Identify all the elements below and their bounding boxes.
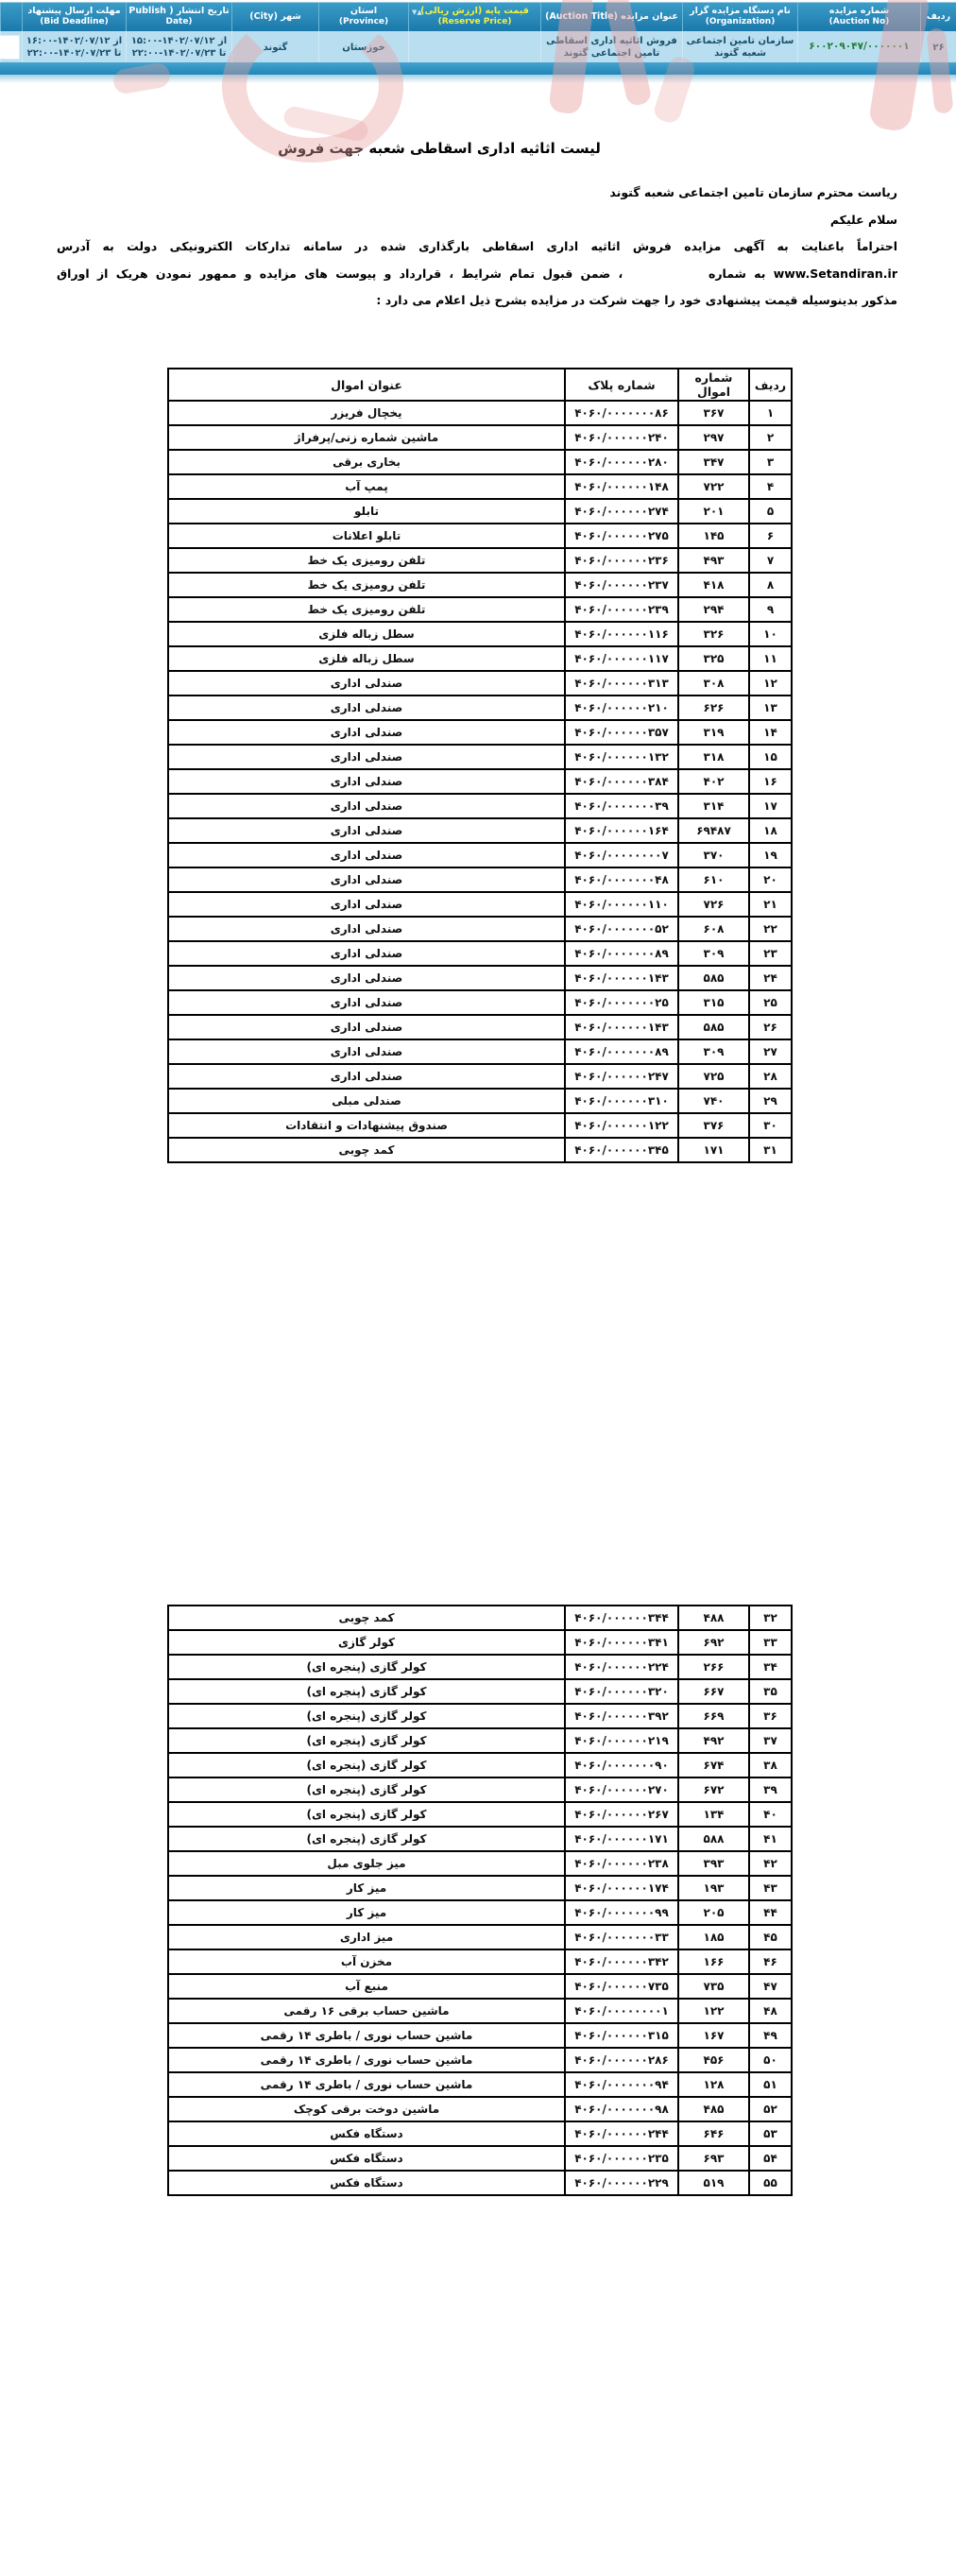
item-row-number: ۱۶ [749,769,792,794]
item-title: تابلو [168,499,565,524]
header-label-en: (Organization) [706,17,776,27]
auction-info-grid: ردیف ۲۶ شماره مزایده (Auction No) ۶۰۰۲۰۹… [0,2,956,63]
letter-line-body-1: احتراماً باعنایت به آگهی مزایده فروش اثا… [57,239,897,253]
item-plaque-number: ۴۰۶۰/۰۰۰۰۰۰۱۳۲ [565,745,678,769]
item-row-number: ۹ [749,597,792,622]
item-plaque-number: ۴۰۶۰/۰۰۰۰۰۰۲۲۴ [565,1655,678,1679]
item-title: تلفن رومیزی یک خط [168,548,565,573]
item-asset-number: ۱۸۵ [678,1925,749,1949]
item-plaque-number: ۴۰۶۰/۰۰۰۰۰۰۳۱۳ [565,671,678,696]
item-asset-number: ۳۷۶ [678,1113,749,1138]
item-title: صندلی اداری [168,1039,565,1064]
item-asset-number: ۳۱۵ [678,990,749,1015]
header-publish-date: تاریخ انتشار ( Publish (Date [126,3,231,31]
item-title: سطل زباله فلزی [168,646,565,671]
item-row: ۱۹۳۷۰۴۰۶۰/۰۰۰۰۰۰۰۰۷صندلی اداری [168,843,792,867]
item-asset-number: ۱۴۵ [678,524,749,548]
item-asset-number: ۳۶۷ [678,401,749,425]
item-plaque-number: ۴۰۶۰/۰۰۰۰۰۰۰۵۲ [565,917,678,941]
item-plaque-number: ۴۰۶۰/۰۰۰۰۰۰۲۸۰ [565,450,678,474]
item-title: ماشین حساب برقی ۱۶ رقمی [168,1999,565,2023]
item-title: صندلی اداری [168,720,565,745]
item-row: ۲۸۷۲۵۴۰۶۰/۰۰۰۰۰۰۲۴۷صندلی اداری [168,1064,792,1089]
item-title: کولر گازی (پنجره ای) [168,1704,565,1728]
item-row: ۵۵۵۱۹۴۰۶۰/۰۰۰۰۰۰۲۲۹دستگاه فکس [168,2171,792,2195]
item-row: ۲۲۶۰۸۴۰۶۰/۰۰۰۰۰۰۰۵۲صندلی اداری [168,917,792,941]
item-title: منبع آب [168,1974,565,1999]
item-row-number: ۱۸ [749,818,792,843]
item-title: کولر گازی (پنجره ای) [168,1777,565,1802]
item-title: یخچال فریزر [168,401,565,425]
item-row-number: ۱ [749,401,792,425]
item-plaque-number: ۴۰۶۰/۰۰۰۰۰۰۰۹۸ [565,2097,678,2121]
item-row: ۵۱۱۲۸۴۰۶۰/۰۰۰۰۰۰۰۹۴ماشین حساب نوری / باط… [168,2072,792,2097]
header-label: نام دستگاه مزایده گزار [690,6,791,17]
item-asset-number: ۵۸۵ [678,966,749,990]
item-plaque-number: ۴۰۶۰/۰۰۰۰۰۰۲۸۶ [565,2048,678,2072]
item-title: مخزن آب [168,1949,565,1974]
header-auction-no: شماره مزایده (Auction No) [797,3,920,31]
item-row: ۲۵۳۱۵۴۰۶۰/۰۰۰۰۰۰۰۲۵صندلی اداری [168,990,792,1015]
item-asset-number: ۲۶۶ [678,1655,749,1679]
item-plaque-number: ۴۰۶۰/۰۰۰۰۰۰۳۴۲ [565,1949,678,1974]
items-table-block2: ۳۲۴۸۸۴۰۶۰/۰۰۰۰۰۰۳۴۴کمد چوبی۳۳۶۹۲۴۰۶۰/۰۰۰… [167,1605,793,2196]
item-asset-number: ۷۲۵ [678,1064,749,1089]
column-province: استان (Province) خوزستان [318,3,408,63]
column-publish-date: تاریخ انتشار ( Publish (Date از ۱۴۰۲/۰۷/… [126,3,231,63]
item-row: ۱۱۳۲۵۴۰۶۰/۰۰۰۰۰۰۱۱۷سطل زباله فلزی [168,646,792,671]
column-auction-no: شماره مزایده (Auction No) ۶۰۰۲۰۹۰۴۷/۰۰۰۰… [797,3,920,63]
item-row: ۱۶۴۰۲۴۰۶۰/۰۰۰۰۰۰۳۸۴صندلی اداری [168,769,792,794]
letter-line-body-3: مذکور بدینوسیله قیمت پیشنهادی خود را جهت… [57,293,897,307]
item-plaque-number: ۴۰۶۰/۰۰۰۰۰۰۰۳۹ [565,794,678,818]
item-asset-number: ۶۷۴ [678,1753,749,1777]
cell-organization: سازمان تامین اجتماعی شعبه گتوند [682,31,797,63]
item-asset-number: ۴۱۸ [678,573,749,597]
item-row-number: ۴۶ [749,1949,792,1974]
item-row: ۳۶۶۶۹۴۰۶۰/۰۰۰۰۰۰۳۹۲کولر گازی (پنجره ای) [168,1704,792,1728]
header-province: استان (Province) [318,3,408,31]
item-plaque-number: ۴۰۶۰/۰۰۰۰۰۰۲۷۵ [565,524,678,548]
item-plaque-number: ۴۰۶۰/۰۰۰۰۰۰۲۳۹ [565,597,678,622]
header-label-en: (Province) [339,17,388,27]
item-plaque-number: ۴۰۶۰/۰۰۰۰۰۰۱۷۴ [565,1876,678,1900]
item-title: میز کار [168,1900,565,1925]
item-asset-number: ۲۰۱ [678,499,749,524]
header-row-number: ردیف [920,3,956,31]
item-row-number: ۴۸ [749,1999,792,2023]
sort-icon[interactable]: ▲▼ [412,10,422,16]
item-row-number: ۲ [749,425,792,450]
items-header-plaque-number: شماره پلاک [565,369,678,401]
item-asset-number: ۵۱۹ [678,2171,749,2195]
item-asset-number: ۶۲۶ [678,696,749,720]
item-row-number: ۵۴ [749,2146,792,2171]
letter-line-greeting: سلام علیکم [57,213,897,227]
item-row: ۱۰۳۲۶۴۰۶۰/۰۰۰۰۰۰۱۱۶سطل زباله فلزی [168,622,792,646]
item-plaque-number: ۴۰۶۰/۰۰۰۰۰۰۲۶۷ [565,1802,678,1827]
item-plaque-number: ۴۰۶۰/۰۰۰۰۰۰۲۷۰ [565,1777,678,1802]
item-row-number: ۱۰ [749,622,792,646]
item-row-number: ۴۲ [749,1851,792,1876]
cell-publish-date: از ۱۴۰۲/۰۷/۱۲-۱۵:۰۰ تا ۱۴۰۲/۰۷/۲۳-۲۲:۰۰ [126,31,231,63]
header-organization: نام دستگاه مزایده گزار (Organization) [682,3,797,31]
header-label: شهر (City) [249,11,301,23]
item-plaque-number: ۴۰۶۰/۰۰۰۰۰۰۲۴۰ [565,425,678,450]
item-row-number: ۳۵ [749,1679,792,1704]
item-plaque-number: ۴۰۶۰/۰۰۰۰۰۰۳۴۴ [565,1606,678,1630]
item-row-number: ۵۰ [749,2048,792,2072]
item-row-number: ۸ [749,573,792,597]
header-label: شماره مزایده [829,6,889,17]
header-label-en: (Auction No) [829,17,890,27]
header-label-en: (Bid Deadline) [40,17,109,27]
header-label: عنوان مزایده (Auction Title) [545,11,678,23]
item-plaque-number: ۴۰۶۰/۰۰۰۰۰۰۱۶۴ [565,818,678,843]
items-body-1: ۱۳۶۷۴۰۶۰/۰۰۰۰۰۰۰۸۶یخچال فریزر۲۲۹۷۴۰۶۰/۰۰… [168,401,792,1162]
item-row: ۸۴۱۸۴۰۶۰/۰۰۰۰۰۰۲۳۷تلفن رومیزی یک خط [168,573,792,597]
item-plaque-number: ۴۰۶۰/۰۰۰۰۰۰۱۷۱ [565,1827,678,1851]
item-row-number: ۴۳ [749,1876,792,1900]
item-row-number: ۳۰ [749,1113,792,1138]
item-title: ماشین حساب نوری / باطری ۱۴ رقمی [168,2072,565,2097]
header-label: استان [350,6,377,17]
item-asset-number: ۶۹۳ [678,2146,749,2171]
item-row-number: ۱۲ [749,671,792,696]
item-title: صندلی اداری [168,941,565,966]
item-title: کولر گازی (پنجره ای) [168,1728,565,1753]
column-auction-title: عنوان مزایده (Auction Title) فروش اثاثیه… [540,3,682,63]
item-row: ۲۴۵۸۵۴۰۶۰/۰۰۰۰۰۰۱۴۳صندلی اداری [168,966,792,990]
item-plaque-number: ۴۰۶۰/۰۰۰۰۰۰۰۹۹ [565,1900,678,1925]
item-row-number: ۳۶ [749,1704,792,1728]
item-row-number: ۱۴ [749,720,792,745]
item-asset-number: ۱۶۶ [678,1949,749,1974]
item-title: کولر گازی (پنجره ای) [168,1679,565,1704]
item-plaque-number: ۴۰۶۰/۰۰۰۰۰۰۱۴۳ [565,966,678,990]
item-row-number: ۴۱ [749,1827,792,1851]
deadline-to: تا ۱۴۰۲/۰۷/۲۳-۲۲:۰۰ [27,47,122,60]
item-row-number: ۴۵ [749,1925,792,1949]
item-row: ۲۳۳۰۹۴۰۶۰/۰۰۰۰۰۰۰۸۹صندلی اداری [168,941,792,966]
letter-body: ریاست محترم سازمان تامین اجتماعی شعبه گت… [57,185,897,320]
column-bid-deadline: مهلت ارسال پیشنهاد (Bid Deadline) از ۱۴۰… [22,3,126,63]
item-title: کولر گازی (پنجره ای) [168,1802,565,1827]
item-asset-number: ۳۷۰ [678,843,749,867]
item-plaque-number: ۴۰۶۰/۰۰۰۰۰۰۳۵۷ [565,720,678,745]
item-row-number: ۴۴ [749,1900,792,1925]
item-asset-number: ۴۹۲ [678,1728,749,1753]
item-title: صندلی اداری [168,818,565,843]
empty-box [0,35,20,60]
item-asset-number: ۳۰۹ [678,1039,749,1064]
header-label-en: (Date [165,17,192,27]
item-asset-number: ۷۴۰ [678,1089,749,1113]
item-row: ۴۹۱۶۷۴۰۶۰/۰۰۰۰۰۰۳۱۵ماشین حساب نوری / باط… [168,2023,792,2048]
item-plaque-number: ۴۰۶۰/۰۰۰۰۰۰۲۴۴ [565,2121,678,2146]
item-plaque-number: ۴۰۶۰/۰۰۰۰۰۰۳۴۵ [565,1138,678,1162]
item-title: صندلی اداری [168,1015,565,1039]
item-asset-number: ۴۹۳ [678,548,749,573]
item-plaque-number: ۴۰۶۰/۰۰۰۰۰۰۰۳۳ [565,1925,678,1949]
item-title: دستگاه فکس [168,2171,565,2195]
items-header-title: عنوان اموال [168,369,565,401]
item-asset-number: ۱۶۷ [678,2023,749,2048]
item-title: تلفن رومیزی یک خط [168,573,565,597]
item-title: کولر گازی [168,1630,565,1655]
item-title: دستگاه فکس [168,2121,565,2146]
item-row-number: ۵ [749,499,792,524]
item-asset-number: ۵۸۵ [678,1015,749,1039]
item-title: کولر گازی (پنجره ای) [168,1655,565,1679]
item-asset-number: ۳۰۹ [678,941,749,966]
item-asset-number: ۲۹۷ [678,425,749,450]
item-row: ۷۴۹۳۴۰۶۰/۰۰۰۰۰۰۲۳۶تلفن رومیزی یک خط [168,548,792,573]
item-row: ۴۰۱۳۴۴۰۶۰/۰۰۰۰۰۰۲۶۷کولر گازی (پنجره ای) [168,1802,792,1827]
item-title: بخاری برقی [168,450,565,474]
item-title: کولر گازی (پنجره ای) [168,1753,565,1777]
item-title: ماشین حساب نوری / باطری ۱۴ رقمی [168,2048,565,2072]
item-row: ۱۳۶۷۴۰۶۰/۰۰۰۰۰۰۰۸۶یخچال فریزر [168,401,792,425]
cell-city: گتوند [231,31,318,63]
item-row: ۱۳۶۲۶۴۰۶۰/۰۰۰۰۰۰۲۱۰صندلی اداری [168,696,792,720]
item-row: ۵۳۶۴۶۴۰۶۰/۰۰۰۰۰۰۲۴۴دستگاه فکس [168,2121,792,2146]
item-plaque-number: ۴۰۶۰/۰۰۰۰۰۰۲۲۹ [565,2171,678,2195]
item-row-number: ۲۵ [749,990,792,1015]
item-plaque-number: ۴۰۶۰/۰۰۰۰۰۰۰۲۵ [565,990,678,1015]
item-row-number: ۳۱ [749,1138,792,1162]
header-label: مهلت ارسال پیشنهاد [27,6,120,17]
cell-auction-no: ۶۰۰۲۰۹۰۴۷/۰۰۰۰۰۰۱ [797,31,920,63]
header-auction-title: عنوان مزایده (Auction Title) [540,3,682,31]
item-row-number: ۳۷ [749,1728,792,1753]
item-asset-number: ۶۴۶ [678,2121,749,2146]
column-cutoff [0,3,22,63]
item-plaque-number: ۴۰۶۰/۰۰۰۰۰۰۱۱۶ [565,622,678,646]
header-label: قیمت پایه (ارزش ریالی) [420,6,529,17]
column-reserve-price: ▲▼ قیمت پایه (ارزش ریالی) (Reserve Price… [408,3,540,63]
item-plaque-number: ۴۰۶۰/۰۰۰۰۰۰۰۸۹ [565,1039,678,1064]
item-row: ۳۹۶۷۲۴۰۶۰/۰۰۰۰۰۰۲۷۰کولر گازی (پنجره ای) [168,1777,792,1802]
item-plaque-number: ۴۰۶۰/۰۰۰۰۰۰۰۸۹ [565,941,678,966]
item-plaque-number: ۴۰۶۰/۰۰۰۰۰۰۰۴۸ [565,867,678,892]
item-title: صندلی اداری [168,745,565,769]
item-plaque-number: ۴۰۶۰/۰۰۰۰۰۰۳۸۴ [565,769,678,794]
item-plaque-number: ۴۰۶۰/۰۰۰۰۰۰۱۴۳ [565,1015,678,1039]
item-row-number: ۲۸ [749,1064,792,1089]
header-bid-deadline: مهلت ارسال پیشنهاد (Bid Deadline) [22,3,126,31]
item-row: ۵۲۴۸۵۴۰۶۰/۰۰۰۰۰۰۰۹۸ماشین دوخت برقی کوچک [168,2097,792,2121]
publish-from: از ۱۴۰۲/۰۷/۱۲-۱۵:۰۰ [131,35,227,47]
item-plaque-number: ۴۰۶۰/۰۰۰۰۰۰۱۲۲ [565,1113,678,1138]
item-row-number: ۵۳ [749,2121,792,2146]
item-row-number: ۴۹ [749,2023,792,2048]
item-row: ۲۱۷۲۶۴۰۶۰/۰۰۰۰۰۰۱۱۰صندلی اداری [168,892,792,917]
item-plaque-number: ۴۰۶۰/۰۰۰۰۰۰۲۳۵ [565,2146,678,2171]
item-title: تابلو اعلانات [168,524,565,548]
item-title: کولر گازی (پنجره ای) [168,1827,565,1851]
item-asset-number: ۲۹۴ [678,597,749,622]
item-title: ماشین شماره زنی/پرفراژ [168,425,565,450]
item-asset-number: ۶۱۰ [678,867,749,892]
column-city: شهر (City) گتوند [231,3,318,63]
item-row-number: ۴۰ [749,1802,792,1827]
item-title: صندلی اداری [168,671,565,696]
item-row-number: ۲۲ [749,917,792,941]
item-plaque-number: ۴۰۶۰/۰۰۰۰۰۰۲۴۷ [565,1064,678,1089]
item-title: میز کار [168,1876,565,1900]
item-title: صندلی اداری [168,966,565,990]
item-row-number: ۴۷ [749,1974,792,1999]
item-row: ۴۱۵۸۸۴۰۶۰/۰۰۰۰۰۰۱۷۱کولر گازی (پنجره ای) [168,1827,792,1851]
item-title: صندلی اداری [168,892,565,917]
item-plaque-number: ۴۰۶۰/۰۰۰۰۰۰۳۱۰ [565,1089,678,1113]
item-asset-number: ۳۲۵ [678,646,749,671]
item-title: صندلی مبلی [168,1089,565,1113]
item-row-number: ۶ [749,524,792,548]
item-row: ۳۲۴۸۸۴۰۶۰/۰۰۰۰۰۰۳۴۴کمد چوبی [168,1606,792,1630]
item-asset-number: ۶۶۹ [678,1704,749,1728]
deadline-from: از ۱۴۰۲/۰۷/۱۲-۱۶:۰۰ [26,35,122,47]
item-asset-number: ۱۳۴ [678,1802,749,1827]
item-row: ۴۲۳۹۳۴۰۶۰/۰۰۰۰۰۰۲۳۸میز جلوی مبل [168,1851,792,1876]
publish-to: تا ۱۴۰۲/۰۷/۲۳-۲۲:۰۰ [132,47,227,60]
item-asset-number: ۲۰۵ [678,1900,749,1925]
item-row-number: ۱۷ [749,794,792,818]
items-header-row: ردیف شماره اموال شماره پلاک عنوان اموال [168,369,792,401]
item-plaque-number: ۴۰۶۰/۰۰۰۰۰۰۲۳۸ [565,1851,678,1876]
item-asset-number: ۵۸۸ [678,1827,749,1851]
item-asset-number: ۴۸۸ [678,1606,749,1630]
cell-reserve-price [408,31,540,63]
item-title: صندلی اداری [168,867,565,892]
header-cutoff [0,3,22,31]
letter-line-body-2: www.Setandiran.ir به شماره ، ضمن قبول تم… [57,266,897,281]
item-row-number: ۲۴ [749,966,792,990]
item-title: دستگاه فکس [168,2146,565,2171]
item-plaque-number: ۴۰۶۰/۰۰۰۰۰۰۱۴۸ [565,474,678,499]
item-asset-number: ۷۳۵ [678,1974,749,1999]
item-row-number: ۲۰ [749,867,792,892]
item-asset-number: ۳۴۷ [678,450,749,474]
item-row-number: ۳۳ [749,1630,792,1655]
cell-row-number: ۲۶ [920,31,956,63]
item-row: ۱۴۳۱۹۴۰۶۰/۰۰۰۰۰۰۳۵۷صندلی اداری [168,720,792,745]
item-title: صندلی اداری [168,1064,565,1089]
item-row: ۶۱۴۵۴۰۶۰/۰۰۰۰۰۰۲۷۵تابلو اعلانات [168,524,792,548]
item-asset-number: ۱۲۸ [678,2072,749,2097]
item-row-number: ۱۳ [749,696,792,720]
item-asset-number: ۶۰۸ [678,917,749,941]
item-row-number: ۳۴ [749,1655,792,1679]
item-row: ۳۳۶۹۲۴۰۶۰/۰۰۰۰۰۰۳۴۱کولر گازی [168,1630,792,1655]
header-label: ردیف [927,11,950,23]
item-row: ۱۵۳۱۸۴۰۶۰/۰۰۰۰۰۰۱۳۲صندلی اداری [168,745,792,769]
item-title: صندلی اداری [168,696,565,720]
item-row: ۳۵۶۶۷۴۰۶۰/۰۰۰۰۰۰۳۲۰کولر گازی (پنجره ای) [168,1679,792,1704]
item-asset-number: ۷۲۲ [678,474,749,499]
item-row: ۳۰۳۷۶۴۰۶۰/۰۰۰۰۰۰۱۲۲صندوق پیشنهادات و انت… [168,1113,792,1138]
item-plaque-number: ۴۰۶۰/۰۰۰۰۰۰۲۱۹ [565,1728,678,1753]
item-row-number: ۲۹ [749,1089,792,1113]
item-row: ۲۹۷۴۰۴۰۶۰/۰۰۰۰۰۰۳۱۰صندلی مبلی [168,1089,792,1113]
item-row: ۳۳۴۷۴۰۶۰/۰۰۰۰۰۰۲۸۰بخاری برقی [168,450,792,474]
item-asset-number: ۱۷۱ [678,1138,749,1162]
items-body-2: ۳۲۴۸۸۴۰۶۰/۰۰۰۰۰۰۳۴۴کمد چوبی۳۳۶۹۲۴۰۶۰/۰۰۰… [168,1606,792,2195]
item-row: ۱۸۶۹۴۸۷۴۰۶۰/۰۰۰۰۰۰۱۶۴صندلی اداری [168,818,792,843]
item-row: ۱۷۳۱۴۴۰۶۰/۰۰۰۰۰۰۰۳۹صندلی اداری [168,794,792,818]
item-row: ۳۸۶۷۴۴۰۶۰/۰۰۰۰۰۰۰۹۰کولر گازی (پنجره ای) [168,1753,792,1777]
cell-province: خوزستان [318,31,408,63]
item-row-number: ۷ [749,548,792,573]
item-row: ۳۷۴۹۲۴۰۶۰/۰۰۰۰۰۰۲۱۹کولر گازی (پنجره ای) [168,1728,792,1753]
item-row-number: ۲۳ [749,941,792,966]
item-title: صندلی اداری [168,794,565,818]
header-label: تاریخ انتشار ( Publish [128,6,229,17]
cell-cutoff [0,31,22,63]
item-row-number: ۵۵ [749,2171,792,2195]
item-row: ۹۲۹۴۴۰۶۰/۰۰۰۰۰۰۲۳۹تلفن رومیزی یک خط [168,597,792,622]
item-asset-number: ۶۷۲ [678,1777,749,1802]
item-row: ۴۵۱۸۵۴۰۶۰/۰۰۰۰۰۰۰۳۳میز اداری [168,1925,792,1949]
item-asset-number: ۳۹۳ [678,1851,749,1876]
column-row-number: ردیف ۲۶ [920,3,956,63]
item-row: ۲۲۹۷۴۰۶۰/۰۰۰۰۰۰۲۴۰ماشین شماره زنی/پرفراژ [168,425,792,450]
item-asset-number: ۳۱۸ [678,745,749,769]
item-title: سطل زباله فلزی [168,622,565,646]
item-asset-number: ۴۸۵ [678,2097,749,2121]
item-plaque-number: ۴۰۶۰/۰۰۰۰۰۰۲۳۷ [565,573,678,597]
item-row-number: ۲۱ [749,892,792,917]
item-row-number: ۳۲ [749,1606,792,1630]
item-plaque-number: ۴۰۶۰/۰۰۰۰۰۰۳۱۵ [565,2023,678,2048]
item-plaque-number: ۴۰۶۰/۰۰۰۰۰۰۰۸۶ [565,401,678,425]
items-header-asset-number: شماره اموال [678,369,749,401]
item-row: ۵۴۶۹۳۴۰۶۰/۰۰۰۰۰۰۲۳۵دستگاه فکس [168,2146,792,2171]
item-plaque-number: ۴۰۶۰/۰۰۰۰۰۰۳۴۱ [565,1630,678,1655]
item-row-number: ۳ [749,450,792,474]
item-asset-number: ۶۶۷ [678,1679,749,1704]
item-row-number: ۵۲ [749,2097,792,2121]
item-title: صندلی اداری [168,990,565,1015]
blue-separator-bar [0,62,956,75]
item-plaque-number: ۴۰۶۰/۰۰۰۰۰۰۱۱۷ [565,646,678,671]
item-title: کمد چوبی [168,1138,565,1162]
item-row: ۴۶۱۶۶۴۰۶۰/۰۰۰۰۰۰۳۴۲مخزن آب [168,1949,792,1974]
item-asset-number: ۳۲۶ [678,622,749,646]
item-row-number: ۲۷ [749,1039,792,1064]
item-row: ۵۲۰۱۴۰۶۰/۰۰۰۰۰۰۲۷۴تابلو [168,499,792,524]
item-row: ۲۰۶۱۰۴۰۶۰/۰۰۰۰۰۰۰۴۸صندلی اداری [168,867,792,892]
letter-line-addressee: ریاست محترم سازمان تامین اجتماعی شعبه گت… [57,185,897,199]
item-plaque-number: ۴۰۶۰/۰۰۰۰۰۰۲۱۰ [565,696,678,720]
item-row: ۴۳۱۹۳۴۰۶۰/۰۰۰۰۰۰۱۷۴میز کار [168,1876,792,1900]
item-row-number: ۳۸ [749,1753,792,1777]
item-title: صندلی اداری [168,769,565,794]
item-asset-number: ۳۱۴ [678,794,749,818]
header-city: شهر (City) [231,3,318,31]
item-row-number: ۱۹ [749,843,792,867]
item-row: ۴۷۷۳۵۴۰۶۰/۰۰۰۰۰۰۷۳۵منبع آب [168,1974,792,1999]
item-asset-number: ۳۰۸ [678,671,749,696]
item-title: کمد چوبی [168,1606,565,1630]
item-plaque-number: ۴۰۶۰/۰۰۰۰۰۰۲۷۴ [565,499,678,524]
column-organization: نام دستگاه مزایده گزار (Organization) سا… [682,3,797,63]
item-plaque-number: ۴۰۶۰/۰۰۰۰۰۰۰۹۰ [565,1753,678,1777]
item-plaque-number: ۴۰۶۰/۰۰۰۰۰۰۰۰۱ [565,1999,678,2023]
item-plaque-number: ۴۰۶۰/۰۰۰۰۰۰۳۲۰ [565,1679,678,1704]
item-asset-number: ۴۵۶ [678,2048,749,2072]
